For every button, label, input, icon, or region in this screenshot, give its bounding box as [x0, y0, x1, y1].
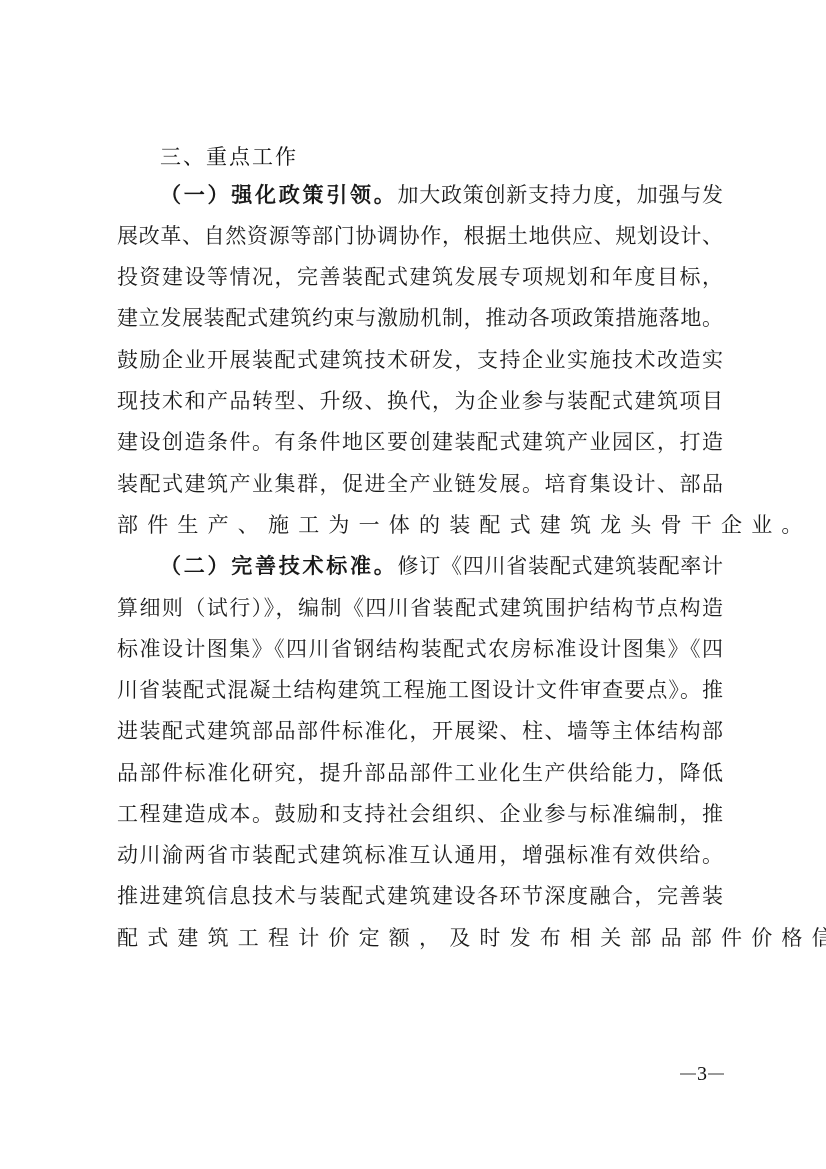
paragraph-2-line-2: 算细则（试行）》，编制《四川省装配式建筑围护结构节点构造: [117, 593, 723, 623]
paragraph-2-line-9: 推进建筑信息技术与装配式建筑建设各环节深度融合，完善装: [117, 881, 723, 911]
paragraph-1-text: 加大政策创新支持力度，加强与发: [398, 183, 724, 207]
paragraph-1-lead: （一）强化政策引领。: [160, 183, 398, 207]
page-number-dash-left: [680, 1073, 696, 1075]
paragraph-2-text: 修订《四川省装配式建筑装配率计: [398, 554, 724, 578]
paragraph-2-line-3: 标准设计图集》《四川省钢结构装配式农房标准设计图集》《四: [117, 634, 723, 664]
page-number: 3: [676, 1062, 728, 1086]
paragraph-2-line-7: 工程建造成本。鼓励和支持社会组织、企业参与标准编制，推: [117, 799, 723, 829]
paragraph-2-line-8: 动川渝两省市装配式建筑标准互认通用，增强标准有效供给。: [117, 840, 723, 870]
section-heading: 三、重点工作: [160, 142, 298, 172]
paragraph-2-line-6: 品部件标准化研究，提升部品部件工业化生产供给能力，降低: [117, 758, 723, 788]
page-number-value: 3: [697, 1063, 707, 1086]
paragraph-1-line-5: 鼓励企业开展装配式建筑技术研发，支持企业实施技术改造实: [117, 345, 723, 375]
paragraph-1-line-2: 展改革、自然资源等部门协调协作，根据土地供应、规划设计、: [117, 221, 723, 251]
paragraph-1-line-8: 装配式建筑产业集群，促进全产业链发展。培育集设计、部品: [117, 469, 723, 499]
paragraph-1-line-6: 现技术和产品转型、升级、换代，为企业参与装配式建筑项目: [117, 386, 723, 416]
paragraph-2-line-1: （二）完善技术标准。修订《四川省装配式建筑装配率计: [160, 551, 723, 581]
paragraph-2-line-4: 川省装配式混凝土结构建筑工程施工图设计文件审查要点》。推: [117, 675, 723, 705]
paragraph-1-line-1: （一）强化政策引领。加大政策创新支持力度，加强与发: [160, 180, 723, 210]
paragraph-2-line-5: 进装配式建筑部品部件标准化，开展梁、柱、墙等主体结构部: [117, 716, 723, 746]
paragraph-1-line-7: 建设创造条件。有条件地区要创建装配式建筑产业园区，打造: [117, 427, 723, 457]
paragraph-1-line-3: 投资建设等情况，完善装配式建筑发展专项规划和年度目标，: [117, 262, 723, 292]
paragraph-1-line-4: 建立发展装配式建筑约束与激励机制，推动各项政策措施落地。: [117, 303, 723, 333]
document-page: 三、重点工作 （一）强化政策引领。加大政策创新支持力度，加强与发 展改革、自然资…: [0, 0, 826, 1169]
paragraph-2-lead: （二）完善技术标准。: [160, 554, 398, 578]
paragraph-1-line-9: 部件生产、施工为一体的装配式建筑龙头骨干企业。: [117, 510, 723, 540]
paragraph-2-line-10: 配式建筑工程计价定额，及时发布相关部品部件价格信息。: [117, 923, 723, 953]
page-number-dash-right: [708, 1073, 724, 1075]
